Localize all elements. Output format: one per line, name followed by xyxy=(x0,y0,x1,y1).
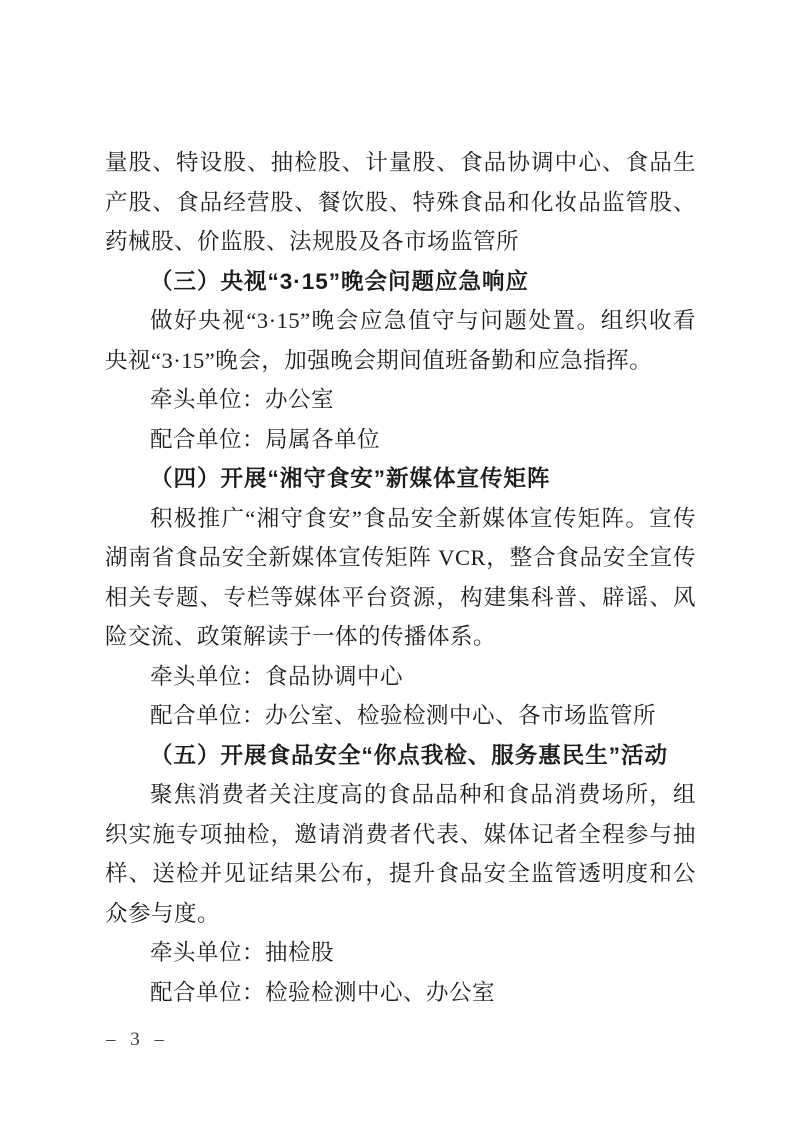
section-4-body: 积极推广“湘守食安”食品安全新媒体宣传矩阵。宣传湖南省食品安全新媒体宣传矩阵 V… xyxy=(105,499,696,657)
section-3-lead-unit: 牵头单位：办公室 xyxy=(105,380,696,420)
section-5-support-unit: 配合单位：检验检测中心、办公室 xyxy=(105,973,696,1013)
page-number: – 3 – xyxy=(106,1028,169,1052)
section-5-heading: （五）开展食品安全“你点我检、服务惠民生”活动 xyxy=(105,736,696,776)
paragraph-continuation: 量股、特设股、抽检股、计量股、食品协调中心、食品生产股、食品经营股、餐饮股、特殊… xyxy=(105,143,696,262)
document-page: 量股、特设股、抽检股、计量股、食品协调中心、食品生产股、食品经营股、餐饮股、特殊… xyxy=(0,0,793,1122)
section-5-body: 聚焦消费者关注度高的食品品种和食品消费场所，组织实施专项抽检，邀请消费者代表、媒… xyxy=(105,775,696,933)
section-5-lead-unit: 牵头单位：抽检股 xyxy=(105,933,696,973)
section-4-support-unit: 配合单位：办公室、检验检测中心、各市场监管所 xyxy=(105,696,696,736)
section-4-heading: （四）开展“湘守食安”新媒体宣传矩阵 xyxy=(105,459,696,499)
section-5: （五）开展食品安全“你点我检、服务惠民生”活动 聚焦消费者关注度高的食品品种和食… xyxy=(105,736,696,1013)
section-3-support-unit: 配合单位：局属各单位 xyxy=(105,420,696,460)
section-3-body: 做好央视“3·15”晚会应急值守与问题处置。组织收看央视“3·15”晚会，加强晚… xyxy=(105,301,696,380)
section-3-heading: （三）央视“3·15”晚会问题应急响应 xyxy=(105,262,696,302)
section-3: （三）央视“3·15”晚会问题应急响应 做好央视“3·15”晚会应急值守与问题处… xyxy=(105,262,696,460)
section-4: （四）开展“湘守食安”新媒体宣传矩阵 积极推广“湘守食安”食品安全新媒体宣传矩阵… xyxy=(105,459,696,736)
section-4-lead-unit: 牵头单位：食品协调中心 xyxy=(105,657,696,697)
document-content: 量股、特设股、抽检股、计量股、食品协调中心、食品生产股、食品经营股、餐饮股、特殊… xyxy=(105,143,696,1012)
